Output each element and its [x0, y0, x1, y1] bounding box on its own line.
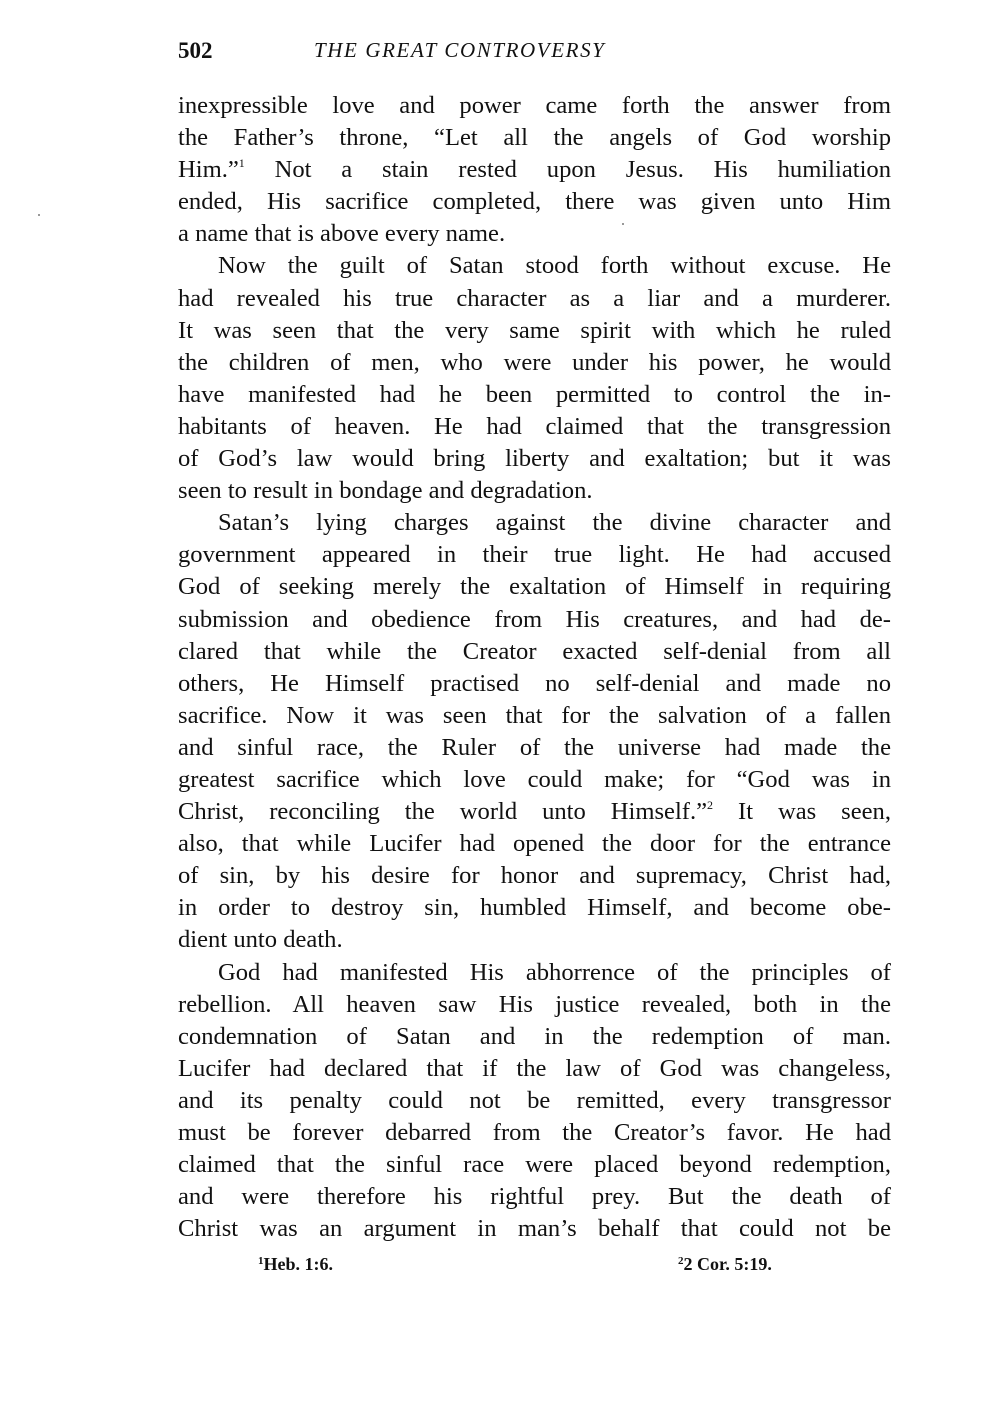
footnote-reference-1: 1	[239, 156, 245, 170]
text-line: and sinful race, the Ruler of the univer…	[178, 732, 891, 764]
text-line: Christ was an argument in man’s behalf t…	[178, 1213, 891, 1245]
text-line: Christ, reconciling the world unto Himse…	[178, 796, 891, 828]
text-line: government appeared in their true light.…	[178, 539, 891, 571]
scan-speck	[622, 223, 624, 225]
paragraph-3: Satan’s lying charges against the divine…	[178, 507, 891, 956]
text-line: must be forever debarred from the Creato…	[178, 1117, 891, 1149]
text-line: ended, His sacrifice completed, there wa…	[178, 186, 891, 218]
text-line: rebellion. All heaven saw His justice re…	[178, 989, 891, 1021]
paragraph-1: inexpressible love and power came forth …	[178, 90, 891, 250]
text-line: of sin, by his desire for honor and supr…	[178, 860, 891, 892]
text-line: God of seeking merely the exaltation of …	[178, 571, 891, 603]
text-line: a name that is above every name.	[178, 218, 891, 250]
text-line: God had manifested His abhorrence of the…	[178, 957, 891, 989]
text-line: and its penalty could not be remitted, e…	[178, 1085, 891, 1117]
text-line: Lucifer had declared that if the law of …	[178, 1053, 891, 1085]
text-fragment: Not a stain rested upon Jesus. His humil…	[275, 156, 891, 183]
text-line: also, that while Lucifer had opened the …	[178, 828, 891, 860]
text-line: had revealed his true character as a lia…	[178, 283, 891, 315]
text-line: Satan’s lying charges against the divine…	[178, 507, 891, 539]
scan-speck	[38, 214, 40, 216]
text-fragment: Christ, reconciling the world unto Himse…	[178, 798, 707, 825]
text-line: others, He Himself practised no self-den…	[178, 668, 891, 700]
paragraph-4: God had manifested His abhorrence of the…	[178, 957, 891, 1246]
text-fragment: Him.”	[178, 156, 239, 183]
running-title: THE GREAT CONTROVERSY	[314, 38, 605, 63]
footnote-reference-2: 2	[707, 798, 713, 812]
page-number: 502	[178, 38, 213, 64]
footnote-1: 1Heb. 1:6.	[258, 1254, 333, 1275]
footnote-2: 22 Cor. 5:19.	[678, 1254, 772, 1275]
text-line: Now the guilt of Satan stood forth witho…	[178, 250, 891, 282]
text-line: of God’s law would bring liberty and exa…	[178, 443, 891, 475]
text-fragment: It was seen,	[738, 798, 891, 825]
text-line: inexpressible love and power came forth …	[178, 90, 891, 122]
book-page: 502 THE GREAT CONTROVERSY inexpressible …	[0, 0, 1000, 1417]
text-line: submission and obedience from His creatu…	[178, 604, 891, 636]
text-line: have manifested had he been permitted to…	[178, 379, 891, 411]
footnotes: 1Heb. 1:6. 22 Cor. 5:19.	[178, 1254, 891, 1282]
running-head: 502 THE GREAT CONTROVERSY	[178, 38, 893, 64]
body-text: inexpressible love and power came forth …	[178, 90, 891, 1245]
text-line: the Father’s throne, “Let all the angels…	[178, 122, 891, 154]
text-line: claimed that the sinful race were placed…	[178, 1149, 891, 1181]
text-line: clared that while the Creator exacted se…	[178, 636, 891, 668]
text-line: habitants of heaven. He had claimed that…	[178, 411, 891, 443]
text-line: in order to destroy sin, humbled Himself…	[178, 892, 891, 924]
text-line: dient unto death.	[178, 924, 891, 956]
text-line: sacrifice. Now it was seen that for the …	[178, 700, 891, 732]
text-line: Him.”1 Not a stain rested upon Jesus. Hi…	[178, 154, 891, 186]
footnote-text: Heb. 1:6.	[264, 1254, 334, 1274]
footnote-text: 2 Cor. 5:19.	[684, 1254, 772, 1274]
text-line: seen to result in bondage and degradatio…	[178, 475, 891, 507]
text-line: It was seen that the very same spirit wi…	[178, 315, 891, 347]
text-line: the children of men, who were under his …	[178, 347, 891, 379]
text-line: condemnation of Satan and in the redempt…	[178, 1021, 891, 1053]
text-line: and were therefore his rightful prey. Bu…	[178, 1181, 891, 1213]
text-line: greatest sacrifice which love could make…	[178, 764, 891, 796]
paragraph-2: Now the guilt of Satan stood forth witho…	[178, 250, 891, 507]
